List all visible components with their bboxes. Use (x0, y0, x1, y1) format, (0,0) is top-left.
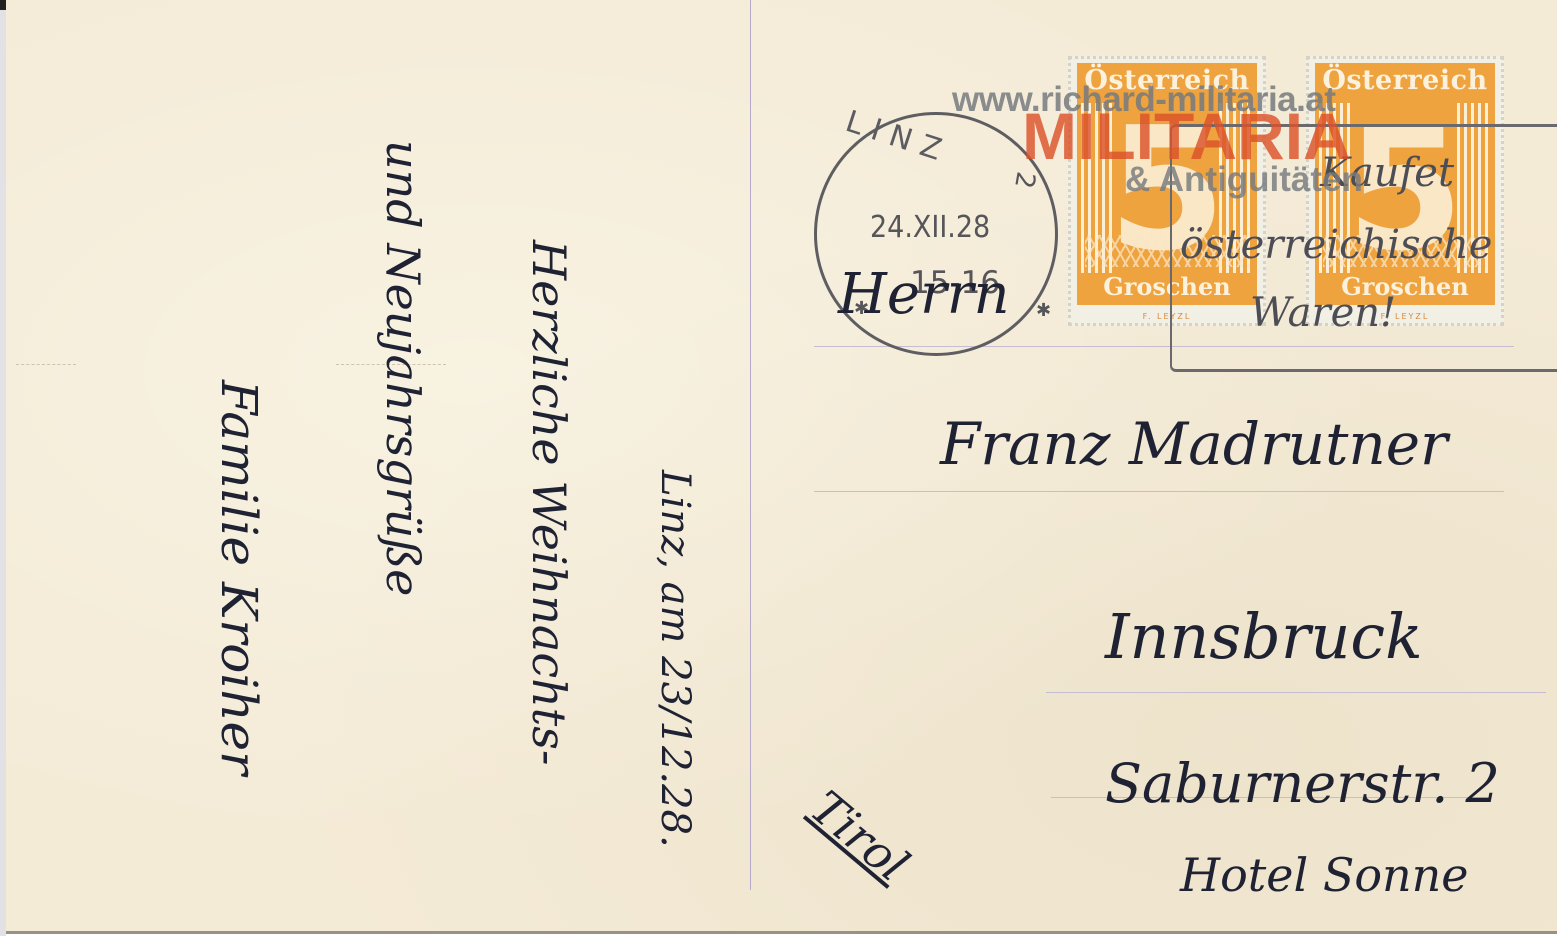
address-line-3 (1046, 692, 1546, 693)
message-signature: Familie Kroiher (210, 380, 268, 775)
address-salutation: Herrn (838, 262, 1010, 327)
address-street: Saburnerstr. 2 (1105, 752, 1500, 815)
slogan-line-3: Waren! (1250, 290, 1396, 336)
fold-mark (16, 364, 76, 365)
address-city: Innsbruck (1105, 600, 1423, 673)
postmark-date: 24.XII.28 (870, 210, 990, 245)
message-line-1: Herzliche Weihnachts- (522, 240, 576, 765)
center-divider-line (750, 0, 751, 890)
address-hotel: Hotel Sonne (1180, 848, 1469, 902)
address-line-2 (814, 491, 1504, 492)
address-name: Franz Madrutner (940, 410, 1448, 478)
watermark-subtitle: & Antiguitäten (1125, 160, 1363, 200)
message-line-2: und Neujahrsgrüße (376, 140, 430, 596)
message-place-date: Linz, am 23/12.28. (652, 470, 698, 848)
slogan-line-2: österreichische (1180, 222, 1492, 268)
star-icon: ✱ (1036, 300, 1051, 321)
